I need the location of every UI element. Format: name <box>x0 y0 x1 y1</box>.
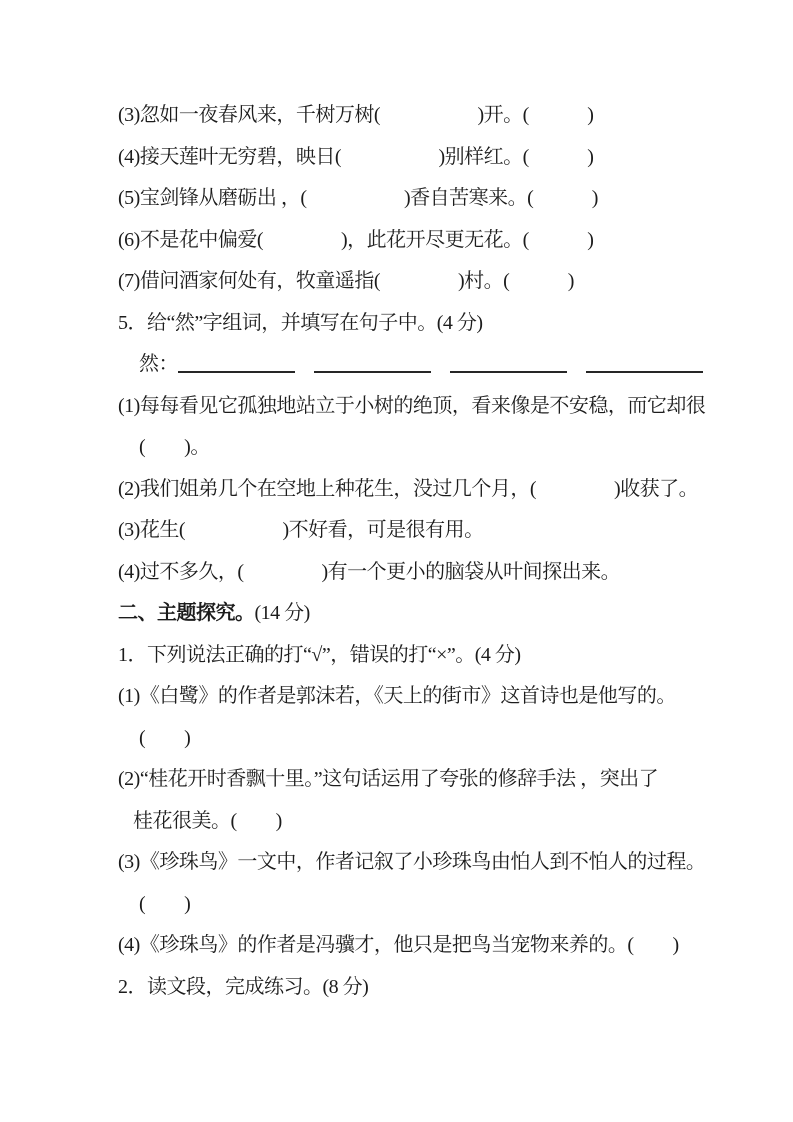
true-false-item-2: (2)“桂花开时香飘十里。”这句话运用了夸张的修辞手法 ，突出了 <box>118 759 728 801</box>
true-false-item-3: (3)《珍珠鸟》一文中，作者记叙了小珍珠鸟由怕人到不怕人的过程。 <box>118 842 728 884</box>
write-in-blank-underline <box>586 349 703 373</box>
fill-blank-question-7: (7)借问酒家何处有，牧童遥指( )村。( ) <box>118 261 728 303</box>
true-false-item-1-answer-paren: ( ) <box>118 718 728 760</box>
true-false-item-4: (4)《珍珠鸟》的作者是冯骥才，他只是把鸟当宠物来养的。( ) <box>118 925 728 967</box>
fill-blank-question-3: (3)忽如一夜春风来，千树万树( )开。( ) <box>118 95 728 137</box>
write-in-blank-underline <box>314 349 431 373</box>
ran-sentence-3: (3)花生( )不好看，可是很有用。 <box>118 510 728 552</box>
section-2-title: 二、主题探究。 <box>118 602 255 624</box>
fill-blank-question-5: (5)宝剑锋从磨砺出 ，( )香自苦寒来。( ) <box>118 178 728 220</box>
write-in-blank-underline <box>450 349 567 373</box>
write-in-blank-underline <box>178 349 295 373</box>
question-5-prompt: 5．给“然”字组词，并填写在句子中。(4 分) <box>118 303 728 345</box>
ran-sentence-2: (2)我们姐弟几个在空地上种花生，没过几个月，( )收获了。 <box>118 469 728 511</box>
true-false-item-3-answer-paren: ( ) <box>118 884 728 926</box>
fill-blank-question-4: (4)接天莲叶无穷碧，映日( )别样红。( ) <box>118 137 728 179</box>
worksheet-page: (3)忽如一夜春风来，千树万树( )开。( ) (4)接天莲叶无穷碧，映日( )… <box>118 95 728 1008</box>
true-false-prompt: 1．下列说法正确的打“√”，错误的打“×”。(4 分) <box>118 635 728 677</box>
ran-sentence-4: (4)过不多久，( )有一个更小的脑袋从叶间探出来。 <box>118 552 728 594</box>
ran-sentence-1: (1)每每看见它孤独地站立于小树的绝顶，看来像是不安稳，而它却很 <box>118 386 728 428</box>
true-false-item-2-continuation: 桂花很美。( ) <box>118 801 728 843</box>
ran-sentence-1-answer-paren: ( )。 <box>118 427 728 469</box>
ran-label: 然： <box>139 353 178 375</box>
section-2-heading: 二、主题探究。(14 分) <box>118 593 728 635</box>
question-2-reading-prompt: 2．读文段，完成练习。(8 分) <box>118 967 728 1009</box>
true-false-item-1: (1)《白鹭》的作者是郭沫若，《天上的街市》这首诗也是他写的。 <box>118 676 728 718</box>
fill-blank-question-6: (6)不是花中偏爱( )，此花开尽更无花。( ) <box>118 220 728 262</box>
ran-word-blanks-line: 然： <box>118 344 728 386</box>
section-2-score: (14 分) <box>255 602 310 624</box>
